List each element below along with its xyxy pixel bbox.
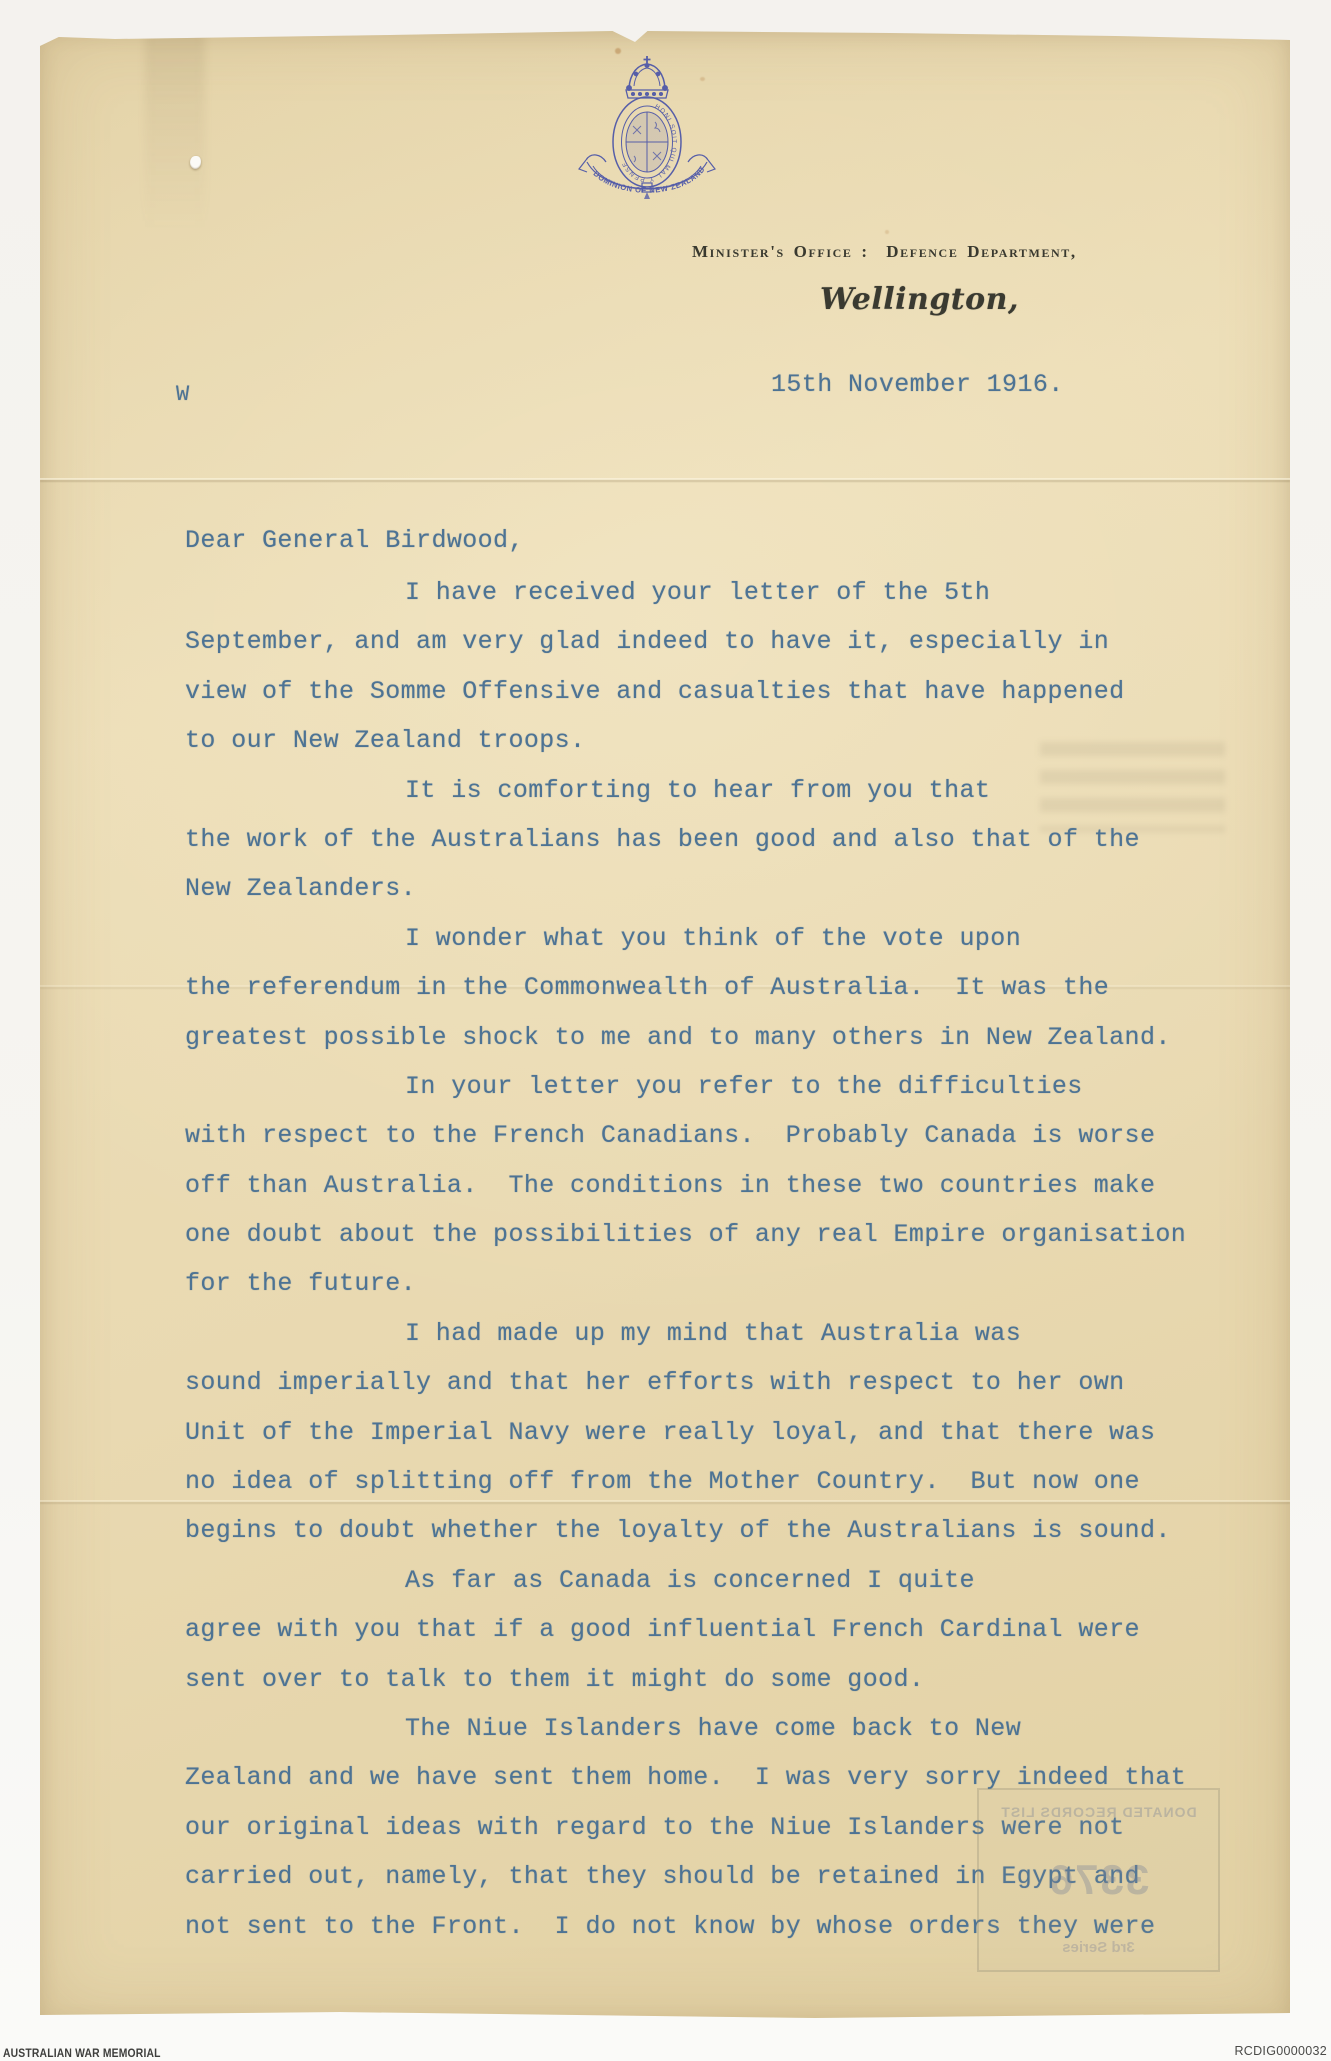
letter-page: HONI SOIT QUI MAL Y PENSE DOMINION OF NE…: [40, 30, 1290, 2018]
archive-name-label: AUSTRALIAN WAR MEMORIAL: [3, 2048, 161, 2060]
fold-crease-top: [40, 478, 1290, 482]
typed-line: to our New Zealand troops.: [185, 726, 1245, 775]
typed-line: I wonder what you think of the vote upon: [185, 924, 1245, 973]
typed-line: sent over to talk to them it might do so…: [185, 1665, 1245, 1714]
rust-speck: [885, 230, 889, 234]
salutation: Dear General Birdwood,: [185, 526, 524, 555]
typed-line: It is comforting to hear from you that: [185, 776, 1245, 825]
record-id-label: RCDIG0000032: [1234, 2044, 1327, 2058]
stamp-title: DONATED RECORDS LIST: [1000, 1804, 1196, 1820]
typed-line: As far as Canada is concerned I quite: [185, 1566, 1245, 1615]
typed-line: view of the Somme Offensive and casualti…: [185, 677, 1245, 726]
typed-line: I have received your letter of the 5th: [185, 578, 1245, 627]
typed-line: September, and am very glad indeed to ha…: [185, 627, 1245, 676]
typed-line: the referendum in the Commonwealth of Au…: [185, 973, 1245, 1022]
typed-line: I had made up my mind that Australia was: [185, 1319, 1245, 1368]
typed-line: with respect to the French Canadians. Pr…: [185, 1121, 1245, 1170]
typed-body: I have received your letter of the 5thSe…: [185, 578, 1245, 1961]
typed-line: agree with you that if a good influentia…: [185, 1615, 1245, 1664]
typed-line: The Niue Islanders have come back to New: [185, 1714, 1245, 1763]
typed-line: the work of the Australians has been goo…: [185, 825, 1245, 874]
scanned-letter: HONI SOIT QUI MAL Y PENSE DOMINION OF NE…: [0, 0, 1331, 2061]
typed-line: In your letter you refer to the difficul…: [185, 1072, 1245, 1121]
office-department-line: Minister's Office : Defence Department,: [692, 242, 1077, 262]
date-line: 15th November 1916.: [771, 370, 1064, 399]
typed-line: New Zealanders.: [185, 874, 1245, 923]
typed-line: greatest possible shock to me and to man…: [185, 1023, 1245, 1072]
typed-line: begins to doubt whether the loyalty of t…: [185, 1516, 1245, 1565]
file-mark: W: [176, 382, 190, 407]
donated-records-stamp-bleedthrough: DONATED RECORDS LIST 3376 3rd Series: [977, 1788, 1220, 1972]
stamp-number: 3376: [1048, 1856, 1149, 1904]
typed-line: for the future.: [185, 1269, 1245, 1318]
typed-line: sound imperially and that her efforts wi…: [185, 1368, 1245, 1417]
nz-coat-of-arms-icon: HONI SOIT QUI MAL Y PENSE DOMINION OF NE…: [577, 52, 717, 217]
typed-line: Unit of the Imperial Navy were really lo…: [185, 1418, 1245, 1467]
typed-line: no idea of splitting off from the Mother…: [185, 1467, 1245, 1516]
stamp-series: 3rd Series: [1062, 1939, 1135, 1956]
paper-crease-vertical: [145, 30, 205, 230]
city-line: Wellington,: [820, 282, 1019, 317]
typed-line: off than Australia. The conditions in th…: [185, 1171, 1245, 1220]
typed-line: one doubt about the possibilities of any…: [185, 1220, 1245, 1269]
